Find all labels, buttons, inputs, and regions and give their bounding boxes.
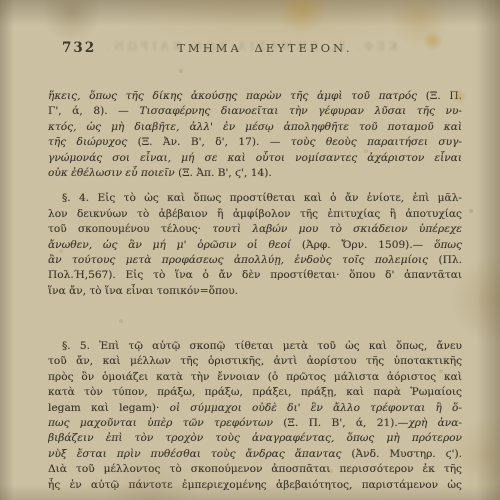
text-line: πως μαχοῦνται ὑπὲρ τῶν τρεφόντων (Ξ. Π. … — [48, 416, 462, 431]
text-line: ἥκεις, ὅπως τῆς δίκης ἀκούσῃς παρὼν τῆς … — [48, 89, 462, 104]
text-line: βιβάζειν ἐπὶ τὸν τροχὸν τοὺς ἀναγραφέντα… — [48, 431, 462, 446]
text-line: Γ', ά, 8). — Τισσαφέρνης διανοεῖται τὴν … — [48, 104, 462, 119]
text-line: τοῦ ἄν, καὶ μέλλων τῆς ὁριστικῆς, ἀντὶ ἀ… — [48, 354, 462, 369]
text-line: Διὰ τοῦ μέλλοντος τὸ σκοπούμενον ἀποσπᾶτ… — [48, 462, 462, 477]
book-page: ΚΕΦ. Γ. ΣΗΜΑΣΙΑ ΤΩΝ ΚΑΙΡΩΝ. 732 ΤΜΗΜΑ ΔΕ… — [0, 0, 500, 500]
commentary-text: §. 4. Εἰς τὸ ὡς καὶ ὅπως προστίθεται καὶ… — [62, 192, 462, 204]
greek-example-text: ἄνωθεν, ὡς ἂν μή μ' ὁρῶσιν οἱ θεοί — [48, 239, 302, 251]
text-line: ἄνωθεν, ὡς ἂν μή μ' ὁρῶσιν οἱ θεοί (Ἀρφ.… — [48, 238, 462, 253]
commentary-text: τοῦ ἄν, καὶ μέλλων τῆς ὁριστικῆς, ἀντὶ ἀ… — [48, 355, 462, 367]
greek-example-text: οἱ σύμμαχοι οὐδὲ δι' ἓν ἄλλο τρέφονται ἢ… — [170, 402, 462, 414]
paragraph-section-4: §. 4. Εἰς τὸ ὡς καὶ ὅπως προστίθεται καὶ… — [48, 191, 462, 299]
greek-example-text: Τισσαφέρνης διανοεῖται τὴν γέφυραν λῦσαι… — [139, 105, 462, 117]
greek-example-text: ἂν τούτους μετὰ προφάσεως ἀπολλύῃ, ἐνδοὺ… — [48, 254, 439, 266]
greek-example-text: τουτὶ λαβών μου τὸ σκιάδειον ὑπέρεχε — [212, 223, 462, 235]
greek-example-text: τῆς διώρυχος — [48, 136, 138, 148]
commentary-text: (Πλ. — [439, 254, 462, 266]
text-line: §. 4. Εἰς τὸ ὡς καὶ ὅπως προστίθεται καὶ… — [48, 191, 462, 206]
commentary-text: Διὰ τοῦ μέλλοντος τὸ σκοπούμενον ἀποσπᾶτ… — [48, 463, 462, 475]
greek-example-text: ὅπως — [434, 239, 462, 251]
commentary-text: πρὸς ὃν ὁμοιάζει κατὰ τὴν ἔννοιαν (ὁ πρῶ… — [48, 371, 462, 383]
greek-example-text: πως μαχοῦνται ὑπὲρ τῶν τρεφόντων — [48, 417, 283, 429]
text-line: τῆς διώρυχος (Ξ. Ἀν. Β', δ', 17). — τοὺς… — [48, 135, 462, 150]
commentary-text: legam καὶ legam)· — [48, 402, 170, 414]
text-line: ἵνα ἄν, τὸ ἵνα εἶναι τοπικόν=ὅπου. — [48, 284, 462, 299]
text-line: ἂν τούτους μετὰ προφάσεως ἀπολλύῃ, ἐνδοὺ… — [48, 253, 462, 268]
text-line: κατὰ τὸν τύπον, πράξω, πράξω, πράξει, πρ… — [48, 385, 462, 400]
commentary-text: (Ἀρφ. Ὄρν. 1509).— — [302, 239, 434, 251]
commentary-text: κατὰ τὸν τύπον, πράξω, πράξω, πράξει, πρ… — [48, 386, 462, 398]
foxing-specks — [0, 0, 2, 2]
commentary-text: (Ξ. Ἀν. Β', δ', 17). — — [138, 136, 291, 148]
greek-example-text: κτός, ὡς μὴ διαβῆτε, ἀλλ' ἐν μέσῳ ἀποληφ… — [48, 121, 462, 133]
greek-example-text: βιβάζειν ἐπὶ τὸν τροχὸν τοὺς ἀναγραφέντα… — [48, 432, 462, 444]
text-line: ἧς ἐν αὐτῷ πάντοτε ἐμπεριεχομένης ἀβεβαι… — [48, 478, 462, 493]
commentary-text: (Ἀνδ. Μυστηρ. ϛ'). — [351, 448, 462, 460]
running-header: ΤΜΗΜΑ ΔΕΥΤΕΡΟΝ. — [90, 41, 440, 55]
paragraph-continuation: ἥκεις, ὅπως τῆς δίκης ἀκούσῃς παρὼν τῆς … — [48, 89, 462, 181]
text-line: legam καὶ legam)· οἱ σύμμαχοι οὐδὲ δι' ἓ… — [48, 401, 462, 416]
commentary-text: Πολ.Ή,567). Εἰς τὸ ἵνα ὁ ἄν δὲν προστίθε… — [48, 269, 462, 281]
greek-example-text: τοὺς θεοὺς παραιτήσει συγ- — [291, 136, 462, 148]
text-line: λον δεικνύων τὸ ἀβέβαιον ἢ ἀμφίβολον τῆς… — [48, 207, 462, 222]
paragraph-section-5: §. 5. Ἐπὶ τῷ αὐτῷ σκοπῷ τίθεται μετὰ τοῦ… — [48, 339, 462, 493]
greek-example-text: οὐκ ἐθέλωσιν εὖ ποιεῖν — [48, 167, 178, 179]
text-block: ἥκεις, ὅπως τῆς δίκης ἀκούσῃς παρὼν τῆς … — [48, 89, 462, 493]
commentary-text: (Ξ. Π. Β', ά, 21).— — [283, 417, 408, 429]
greek-example-text: γνώμονάς σοι εἶναι, μή σε καὶ οὗτοι νομί… — [48, 152, 462, 164]
text-line: τοῦ σκοπουμένου τέλους· τουτὶ λαβών μου … — [48, 222, 462, 237]
greek-example-text: ἥκεις, ὅπως τῆς δίκης ἀκούσῃς παρὼν τῆς … — [48, 90, 426, 102]
commentary-text: ἧς ἐν αὐτῷ πάντοτε ἐμπεριεχομένης ἀβεβαι… — [48, 479, 462, 491]
commentary-text: τοῦ σκοπουμένου τέλους· — [48, 223, 212, 235]
commentary-text: (Ξ. Ἀπ. Β', ϛ', 14). — [178, 167, 272, 179]
commentary-text: λον δεικνύων τὸ ἀβέβαιον ἢ ἀμφίβολον τῆς… — [48, 208, 462, 220]
text-line: γνώμονάς σοι εἶναι, μή σε καὶ οὗτοι νομί… — [48, 151, 462, 166]
commentary-text: ἵνα ἄν, τὸ ἵνα εἶναι τοπικόν=ὅπου. — [48, 285, 238, 297]
greek-example-text: χρὴ ἀνα- — [408, 417, 462, 429]
commentary-text: (Ξ. Π. — [426, 90, 462, 102]
text-line: οὐκ ἐθέλωσιν εὖ ποιεῖν (Ξ. Ἀπ. Β', ϛ', 1… — [48, 166, 462, 181]
text-line: §. 5. Ἐπὶ τῷ αὐτῷ σκοπῷ τίθεται μετὰ τοῦ… — [48, 339, 462, 354]
text-line: Πολ.Ή,567). Εἰς τὸ ἵνα ὁ ἄν δὲν προστίθε… — [48, 268, 462, 283]
commentary-text: Γ', ά, 8). — — [48, 105, 139, 117]
greek-example-text: νὺξ ἔσται πρὶν πυθέσθαι τοὺς ἄνδρας ἅπαν… — [48, 448, 351, 460]
text-line: νὺξ ἔσται πρὶν πυθέσθαι τοὺς ἄνδρας ἅπαν… — [48, 447, 462, 462]
text-line: κτός, ὡς μὴ διαβῆτε, ἀλλ' ἐν μέσῳ ἀποληφ… — [48, 120, 462, 135]
commentary-text: §. 5. Ἐπὶ τῷ αὐτῷ σκοπῷ τίθεται μετὰ τοῦ… — [62, 340, 462, 352]
text-line: πρὸς ὃν ὁμοιάζει κατὰ τὴν ἔννοιαν (ὁ πρῶ… — [48, 370, 462, 385]
